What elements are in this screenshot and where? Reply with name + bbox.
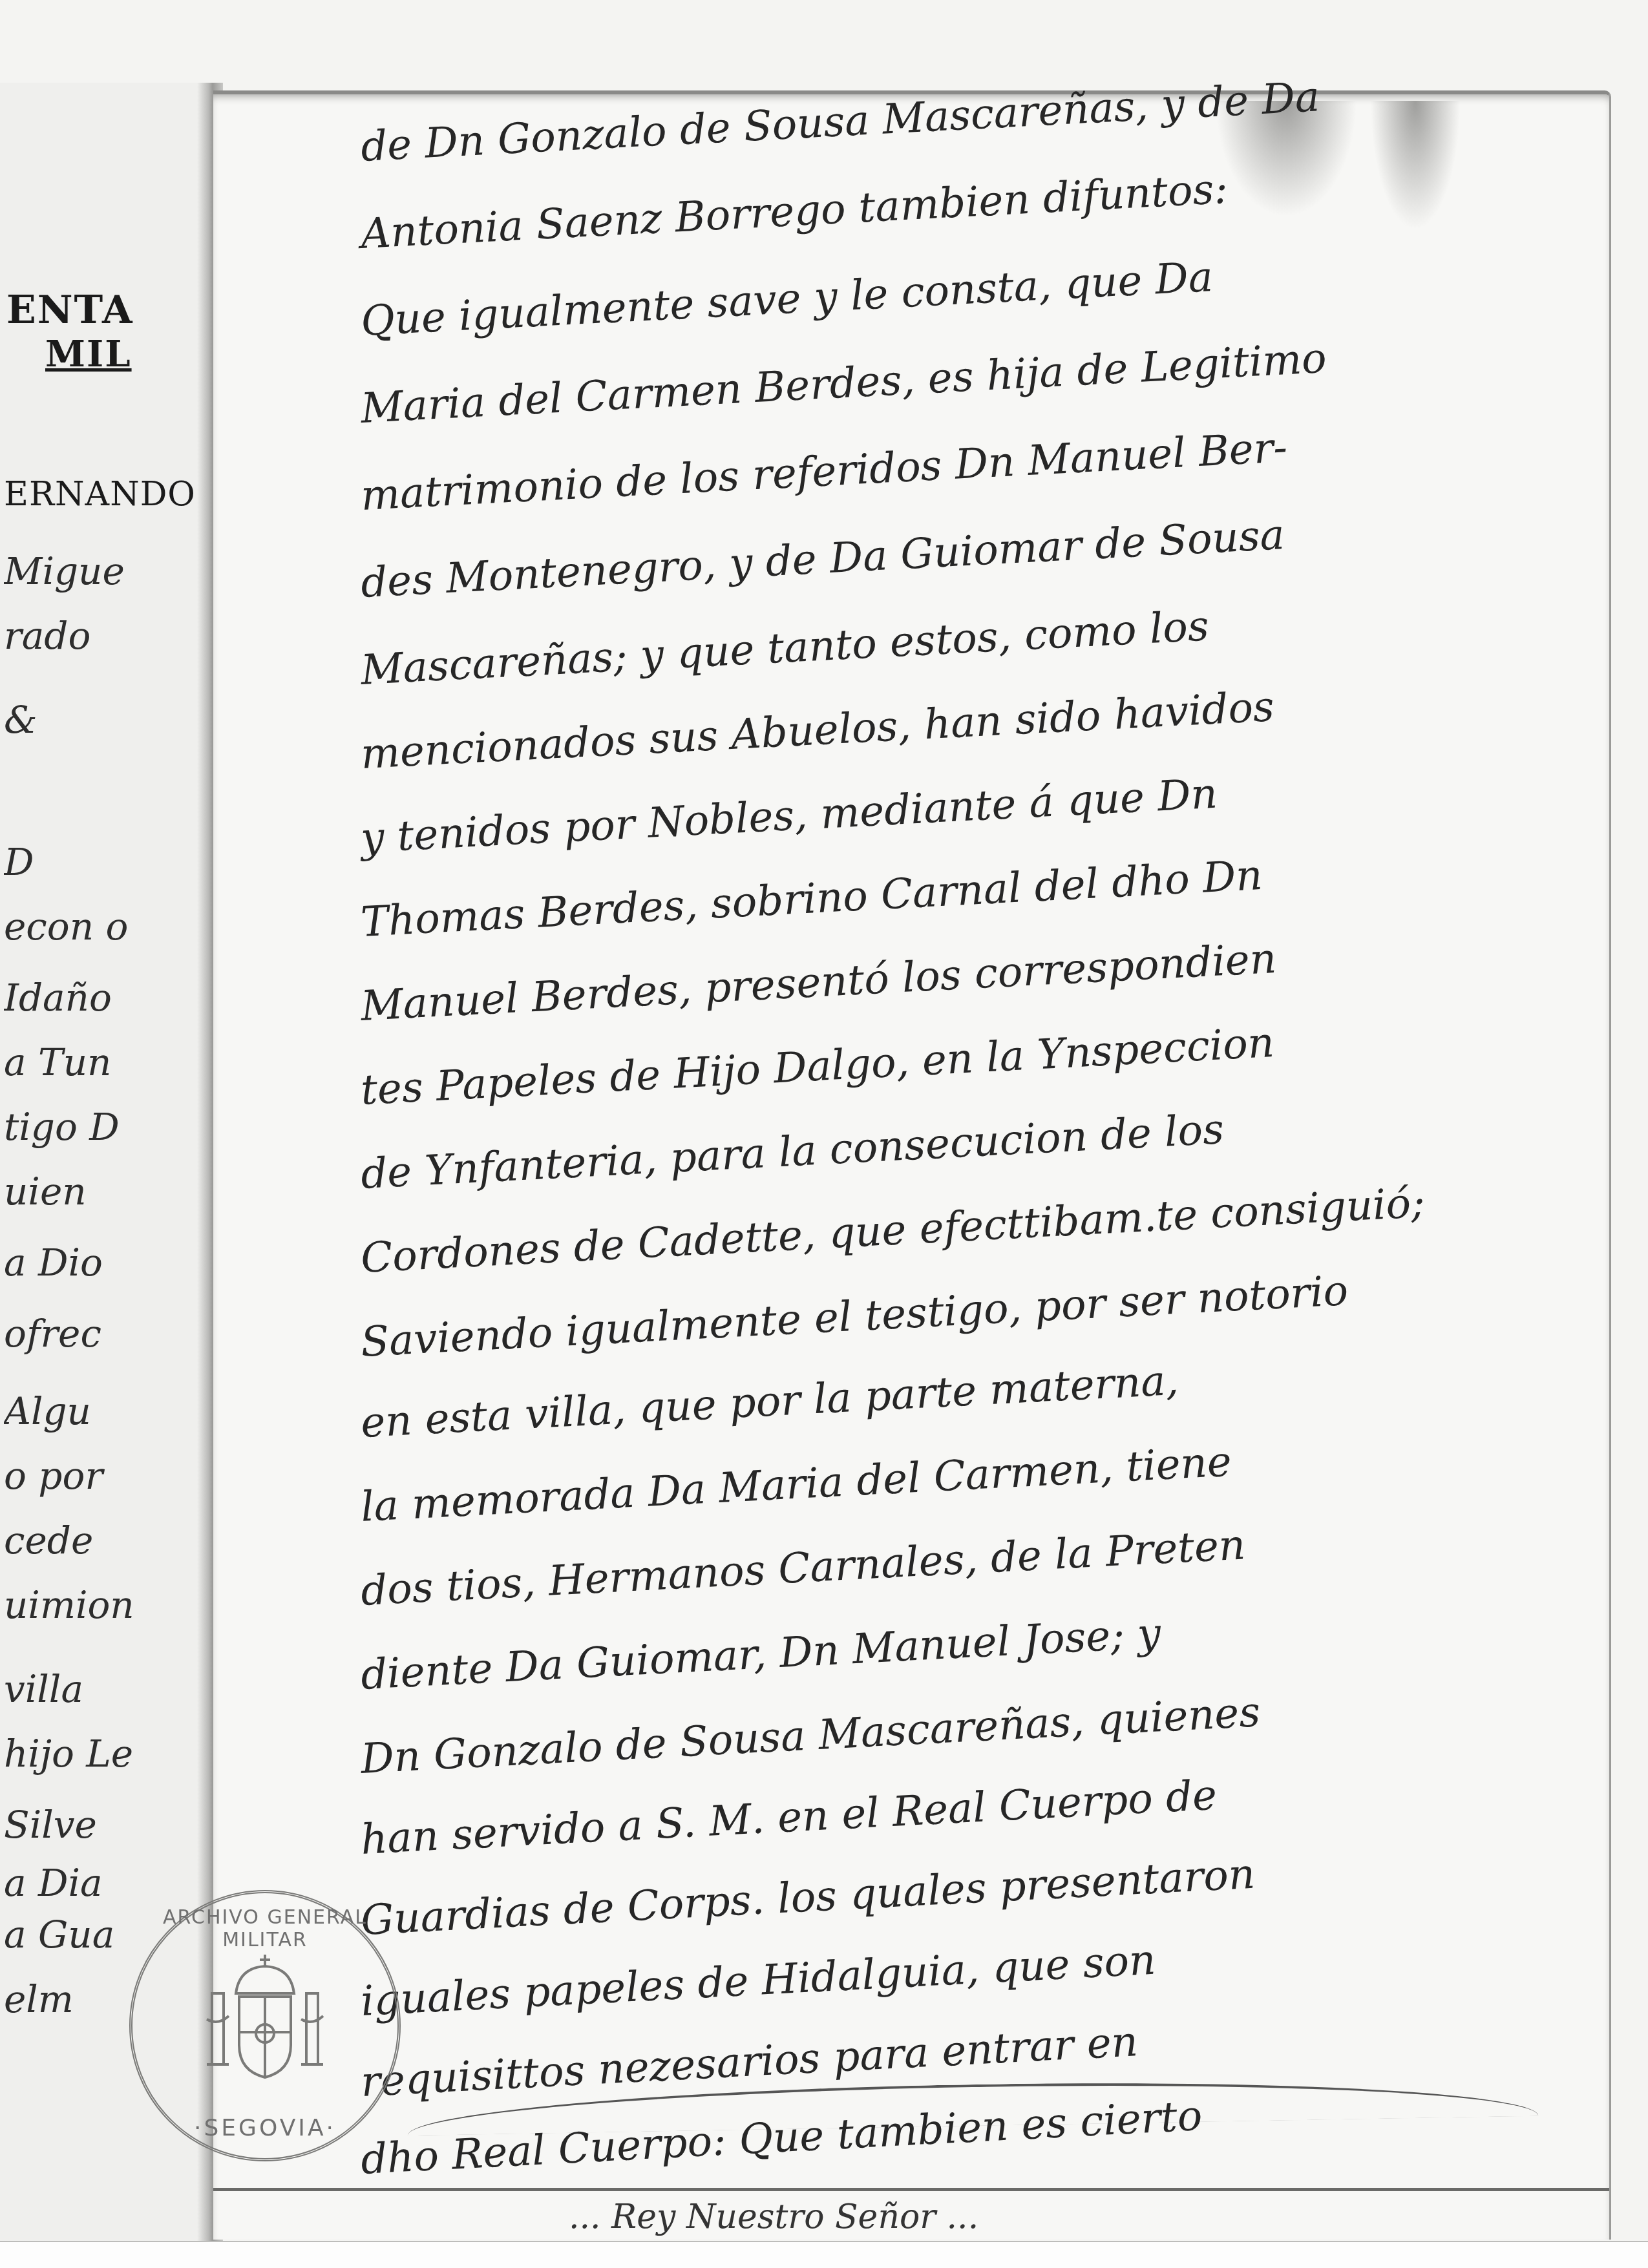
- scan-bottom-margin: [0, 2241, 1648, 2268]
- manuscript-line: Cordones de Cadette, que efecttibam.te c…: [360, 1182, 1426, 1279]
- manuscript-line: Que igualmente save y le consta, que Da: [360, 257, 1214, 342]
- margin-fragment: uien: [4, 1170, 198, 1213]
- manuscript-line: diente Da Guiomar, Dn Manuel Jose; y: [360, 1613, 1162, 1696]
- margin-fragment: a Tun: [4, 1040, 198, 1084]
- printed-header-line-2: MIL: [45, 333, 132, 375]
- margin-fragment: econ o: [4, 905, 198, 949]
- margin-fragment: &: [4, 698, 198, 742]
- manuscript-line: iguales papeles de Hidalguia, que son: [360, 1940, 1157, 2022]
- printed-header-line-3: ERNANDO: [4, 475, 196, 514]
- ink-stain: [1370, 101, 1461, 230]
- manuscript-line: la memorada Da Maria del Carmen, tiene: [360, 1441, 1233, 1528]
- manuscript-line: Thomas Berdes, sobrino Carnal del dho Dn: [360, 855, 1263, 943]
- margin-fragment: ofrec: [4, 1312, 198, 1356]
- manuscript-line: matrimonio de los referidos Dn Manuel Be…: [360, 427, 1289, 517]
- next-page-catchword: ... Rey Nuestro Señor ...: [569, 2198, 978, 2236]
- margin-fragment: villa: [4, 1667, 198, 1711]
- manuscript-page: de Dn Gonzalo de Sousa Mascareñas, y de …: [213, 90, 1611, 2240]
- margin-fragment: D: [4, 840, 198, 884]
- margin-fragment: Migue: [4, 549, 198, 593]
- manuscript-line: Mascareñas; y que tanto estos, como los: [360, 605, 1210, 691]
- manuscript-line: Dn Gonzalo de Sousa Mascareñas, quienes: [360, 1692, 1262, 1780]
- manuscript-line: dos tios, Hermanos Carnales, de la Prete…: [360, 1524, 1247, 1612]
- margin-fragment: uimion: [4, 1583, 198, 1627]
- manuscript-line: han servido a S. M. en el Real Cuerpo de: [360, 1775, 1218, 1861]
- manuscript-line: tes Papeles de Hijo Dalgo, en la Ynspecc…: [360, 1022, 1276, 1111]
- manuscript-line: y tenidos por Nobles, mediante á que Dn: [360, 773, 1219, 859]
- manuscript-line: en esta villa, que por la parte materna,: [360, 1360, 1180, 1444]
- margin-fragment: hijo Le: [4, 1732, 198, 1776]
- page-bottom-edge: [213, 2188, 1609, 2191]
- margin-fragment: o por: [4, 1454, 198, 1498]
- stamp-top-text: ARCHIVO GENERAL MILITAR: [132, 1906, 397, 1951]
- margin-fragment: a Dia: [4, 1861, 198, 1905]
- margin-fragment: Idaño: [4, 976, 198, 1020]
- archive-stamp: ARCHIVO GENERAL MILITAR ·SEGOVIA·: [129, 1890, 401, 2161]
- margin-fragment: Algu: [4, 1389, 198, 1433]
- margin-fragment: a Dio: [4, 1241, 198, 1285]
- manuscript-line: de Dn Gonzalo de Sousa Mascareñas, y de …: [360, 76, 1321, 168]
- margin-fragment: Silve: [4, 1803, 198, 1847]
- printed-header-line-1: ENTA: [6, 288, 134, 333]
- manuscript-line: Saviendo igualmente el testigo, por ser …: [360, 1270, 1349, 1363]
- manuscript-line: des Montenegro, y de Da Guiomar de Sousa: [360, 514, 1286, 604]
- margin-fragment: rado: [4, 614, 198, 658]
- manuscript-line: de Ynfanteria, para la consecucion de lo…: [360, 1109, 1225, 1195]
- stamp-bottom-text: ·SEGOVIA·: [132, 2115, 397, 2141]
- manuscript-line: Antonia Saenz Borrego tambien difuntos:: [360, 169, 1229, 255]
- manuscript-line: mencionados sus Abuelos, han sido havido…: [360, 686, 1276, 775]
- margin-fragment: tigo D: [4, 1105, 198, 1149]
- manuscript-line: Maria del Carmen Berdes, es hija de Legi…: [360, 338, 1327, 430]
- coat-of-arms-icon: [200, 1948, 330, 2097]
- manuscript-line: Manuel Berdes, presentó los correspondie…: [360, 938, 1278, 1027]
- manuscript-line: Guardias de Corps. los quales presentaro…: [360, 1854, 1256, 1942]
- margin-fragment: cede: [4, 1518, 198, 1562]
